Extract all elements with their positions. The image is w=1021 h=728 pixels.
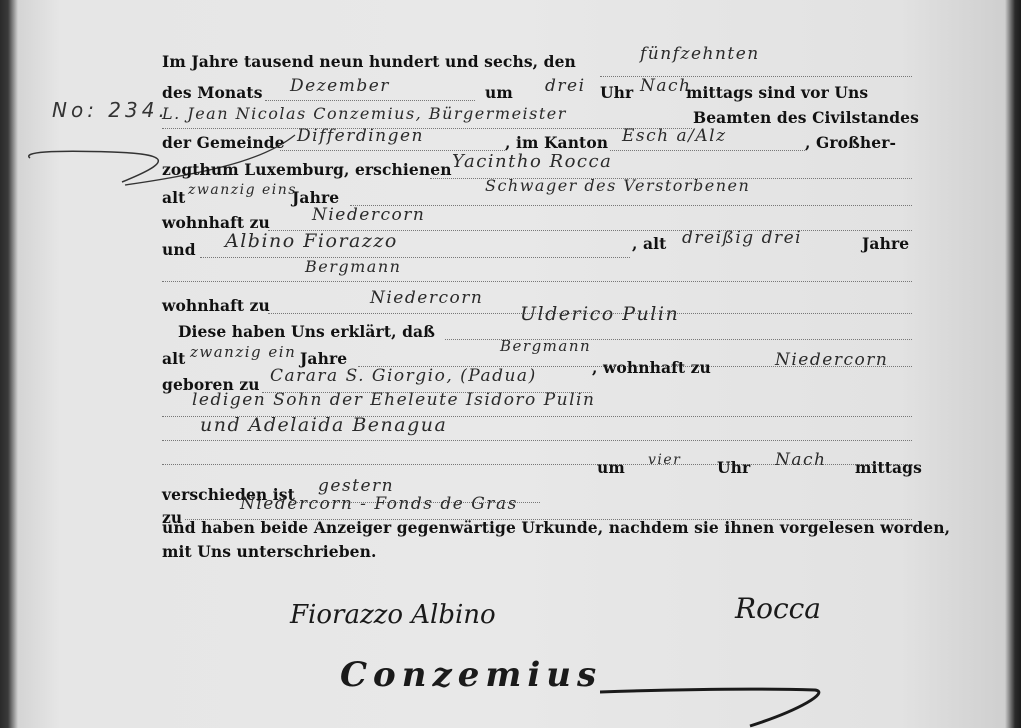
printed-label: alt — [162, 349, 185, 368]
signature-rocca: Rocca — [735, 592, 821, 625]
hand-declarant2-residence: Niedercorn — [370, 288, 483, 308]
hand-declarant1-name: Yacintho Rocca — [452, 151, 612, 172]
hand-month: Dezember — [290, 76, 390, 96]
printed-label: Diese haben Uns erklärt, daß — [178, 322, 435, 341]
hand-birthplace: Carara S. Giorgio, (Padua) — [270, 366, 537, 386]
dotted-line — [265, 100, 475, 101]
printed-label: , Großher- — [805, 133, 896, 152]
hand-hour: drei — [545, 76, 586, 96]
hand-declarant1-relation: Schwager des Verstorbenen — [485, 176, 750, 195]
dotted-line — [610, 150, 805, 151]
hand-declarant2-age: dreißig drei — [682, 228, 802, 248]
printed-label: und — [162, 240, 196, 259]
hand-official: L. Jean Nicolas Conzemius, Bürgermeister — [162, 104, 567, 123]
printed-label: Beamten des Civilstandes — [693, 108, 919, 127]
printed-label: um — [597, 458, 625, 477]
printed-line-1: Im Jahre tausend neun hundert und sechs,… — [162, 52, 576, 71]
hand-parents-line-1: ledigen Sohn der Eheleute Isidoro Pulin — [192, 390, 595, 410]
dotted-line — [162, 440, 912, 441]
printed-label: um — [485, 83, 513, 102]
printed-closing-line: und haben beide Anzeiger gegenwärtige Ur… — [162, 518, 950, 537]
hand-death-day: gestern — [318, 476, 394, 496]
hand-day: fünfzehnten — [640, 44, 760, 64]
signature-flourish — [600, 660, 840, 728]
hand-declarant1-residence: Niedercorn — [312, 205, 425, 225]
hand-parents-line-2: und Adelaida Benagua — [200, 414, 447, 436]
printed-label: Uhr — [717, 458, 750, 477]
hand-declarant2-name: Albino Fiorazzo — [225, 230, 398, 252]
record-number: No: 234. — [52, 98, 169, 122]
hand-declarant1-age: zwanzig eins — [188, 182, 297, 198]
signature-fiorazzo: Fiorazzo Albino — [290, 600, 496, 630]
hand-declarant2-occupation: Bergmann — [305, 257, 401, 276]
dotted-line — [162, 281, 912, 282]
hand-death-hour: vier — [648, 452, 681, 468]
hand-time-of-day: Nach — [640, 76, 691, 96]
printed-label: des Monats — [162, 83, 263, 102]
hand-deceased-name: Ulderico Pulin — [520, 303, 679, 325]
hand-deceased-residence: Niedercorn — [775, 350, 888, 370]
printed-label: , alt — [632, 234, 666, 253]
signature-official: Conzemius — [340, 655, 602, 695]
printed-label: , wohnhaft zu — [592, 358, 711, 377]
printed-label: , im Kanton — [505, 133, 608, 152]
printed-label: zogthum Luxemburg, erschienen — [162, 160, 452, 179]
document-page: No: 234. Im Jahre tausend neun hundert u… — [0, 0, 1021, 728]
hand-deceased-occupation: Bergmann — [500, 337, 591, 355]
hand-commune: Differdingen — [297, 126, 424, 146]
hand-canton: Esch a/Alz — [622, 126, 727, 146]
printed-closing-line-2: mit Uns unterschrieben. — [162, 542, 377, 561]
dotted-line — [200, 257, 630, 258]
hand-death-time-of-day: Nach — [775, 450, 826, 470]
dotted-line — [162, 128, 692, 129]
dotted-line — [350, 205, 912, 206]
hand-death-place: Niedercorn - Fonds de Gras — [240, 494, 518, 514]
printed-label: mittags — [855, 458, 922, 477]
hand-deceased-age: zwanzig ein — [190, 343, 296, 361]
printed-label: Uhr — [600, 83, 633, 102]
printed-label: alt — [162, 188, 185, 207]
printed-label: mittags sind vor Uns — [686, 83, 868, 102]
printed-label: wohnhaft zu — [162, 296, 270, 315]
printed-label: Jahre — [862, 234, 909, 253]
